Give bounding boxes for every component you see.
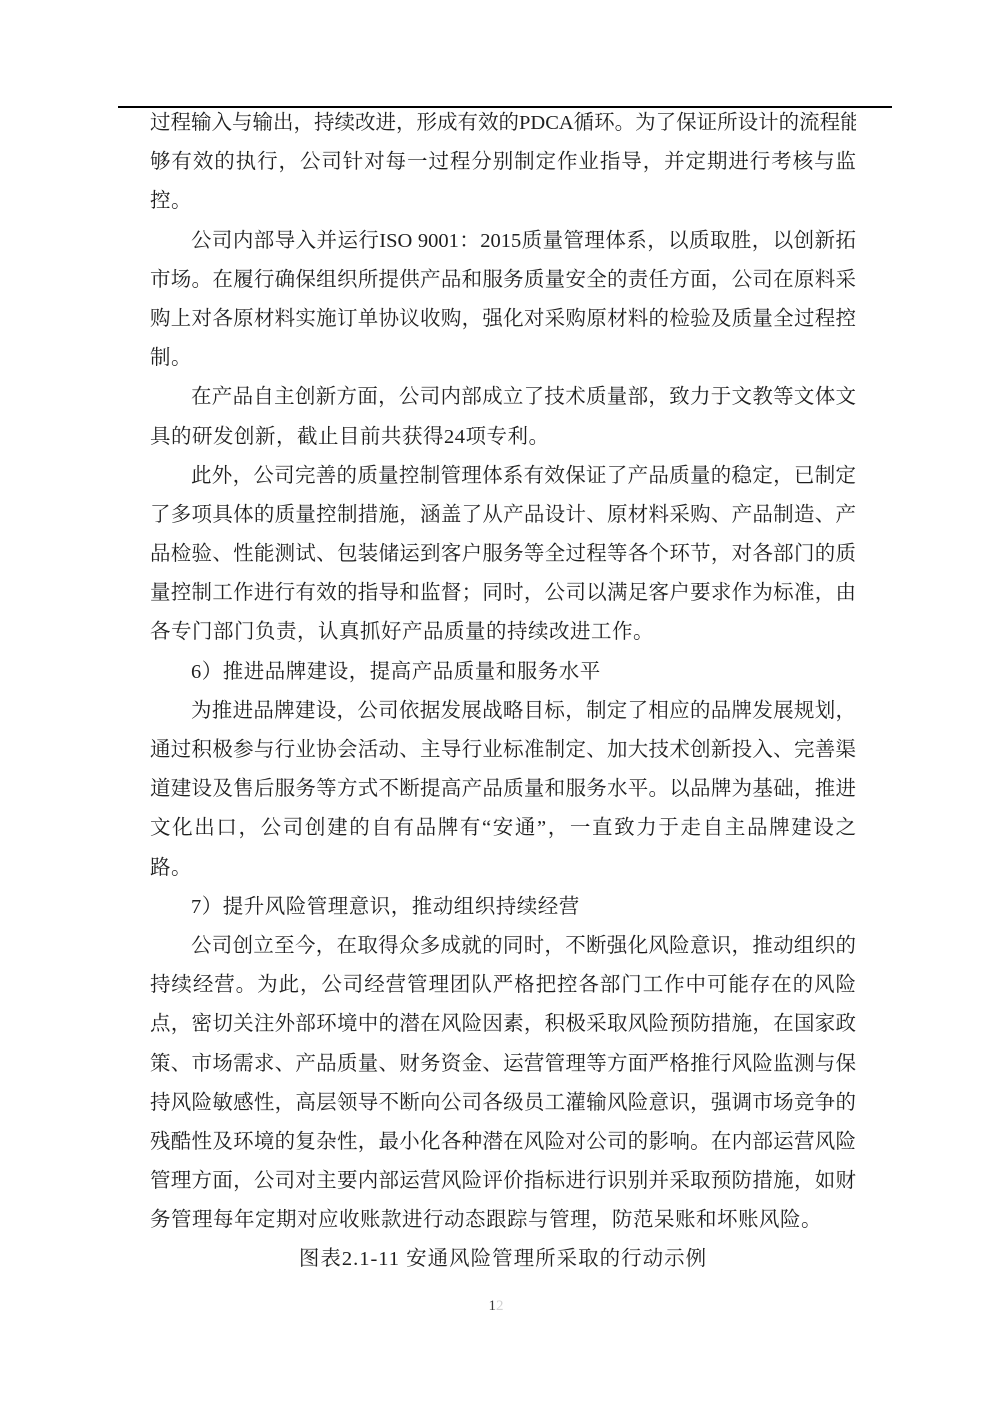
- text-line: 在产品自主创新方面，公司内部成立了技术质量部，致力于文教等文体文: [150, 378, 856, 417]
- text-line: 过程输入与输出，持续改进，形成有效的PDCA循环。为了保证所设计的流程能: [150, 104, 856, 143]
- text-line: 持续经营。为此，公司经营管理团队严格把控各部门工作中可能存在的风险: [150, 966, 856, 1005]
- text-line: 通过积极参与行业协会活动、主导行业标准制定、加大技术创新投入、完善渠: [150, 731, 856, 770]
- text-line: 残酷性及环境的复杂性，最小化各种潜在风险对公司的影响。在内部运营风险: [150, 1123, 856, 1162]
- document-page: 过程输入与输出，持续改进，形成有效的PDCA循环。为了保证所设计的流程能够有效的…: [0, 0, 992, 1403]
- text-line: 品检验、性能测试、包装储运到客户服务等全过程等各个环节，对各部门的质: [150, 535, 856, 574]
- text-line: 各专门部门负责，认真抓好产品质量的持续改进工作。: [150, 613, 856, 652]
- text-line: 点，密切关注外部环境中的潜在风险因素，积极采取风险预防措施，在国家政: [150, 1005, 856, 1044]
- text-line: 7）提升风险管理意识，推动组织持续经营: [150, 888, 856, 927]
- text-line: 公司内部导入并运行ISO 9001：2015质量管理体系，以质取胜，以创新拓: [150, 222, 856, 261]
- text-line: 够有效的执行，公司针对每一过程分别制定作业指导，并定期进行考核与监: [150, 143, 856, 182]
- text-line: 控。: [150, 182, 856, 221]
- text-line: 为推进品牌建设，公司依据发展战略目标，制定了相应的品牌发展规划，: [150, 692, 856, 731]
- text-line: 公司创立至今，在取得众多成就的同时，不断强化风险意识，推动组织的: [150, 927, 856, 966]
- text-line: 务管理每年定期对应收账款进行动态跟踪与管理，防范呆账和坏账风险。: [150, 1201, 856, 1240]
- text-line: 量控制工作进行有效的指导和监督；同时，公司以满足客户要求作为标准，由: [150, 574, 856, 613]
- text-line: 路。: [150, 849, 856, 888]
- text-line: 持风险敏感性，高层领导不断向公司各级员工灌输风险意识，强调市场竞争的: [150, 1084, 856, 1123]
- page-number-digit-1: 1: [489, 1298, 497, 1314]
- text-line: 策、市场需求、产品质量、财务资金、运营管理等方面严格推行风险监测与保: [150, 1045, 856, 1084]
- text-line: 制。: [150, 339, 856, 378]
- body-text-lines: 过程输入与输出，持续改进，形成有效的PDCA循环。为了保证所设计的流程能够有效的…: [150, 104, 856, 1240]
- document-body: 过程输入与输出，持续改进，形成有效的PDCA循环。为了保证所设计的流程能够有效的…: [150, 104, 856, 1280]
- page-number: 12: [0, 1296, 992, 1316]
- text-line: 购上对各原材料实施订单协议收购，强化对采购原材料的检验及质量全过程控: [150, 300, 856, 339]
- text-line: 文化出口，公司创建的自有品牌有“安通”，一直致力于走自主品牌建设之: [150, 809, 856, 848]
- text-line: 此外，公司完善的质量控制管理体系有效保证了产品质量的稳定，已制定: [150, 457, 856, 496]
- text-line: 具的研发创新，截止目前共获得24项专利。: [150, 418, 856, 457]
- text-line: 了多项具体的质量控制措施，涵盖了从产品设计、原材料采购、产品制造、产: [150, 496, 856, 535]
- text-line: 6）推进品牌建设，提高产品质量和服务水平: [150, 653, 856, 692]
- text-line: 管理方面，公司对主要内部运营风险评价指标进行识别并采取预防措施，如财: [150, 1162, 856, 1201]
- page-number-digit-2: 2: [496, 1298, 504, 1314]
- text-line: 道建设及售后服务等方式不断提高产品质量和服务水平。以品牌为基础，推进: [150, 770, 856, 809]
- text-line: 市场。在履行确保组织所提供产品和服务质量安全的责任方面，公司在原料采: [150, 261, 856, 300]
- figure-caption: 图表2.1-11 安通风险管理所采取的行动示例: [150, 1240, 856, 1279]
